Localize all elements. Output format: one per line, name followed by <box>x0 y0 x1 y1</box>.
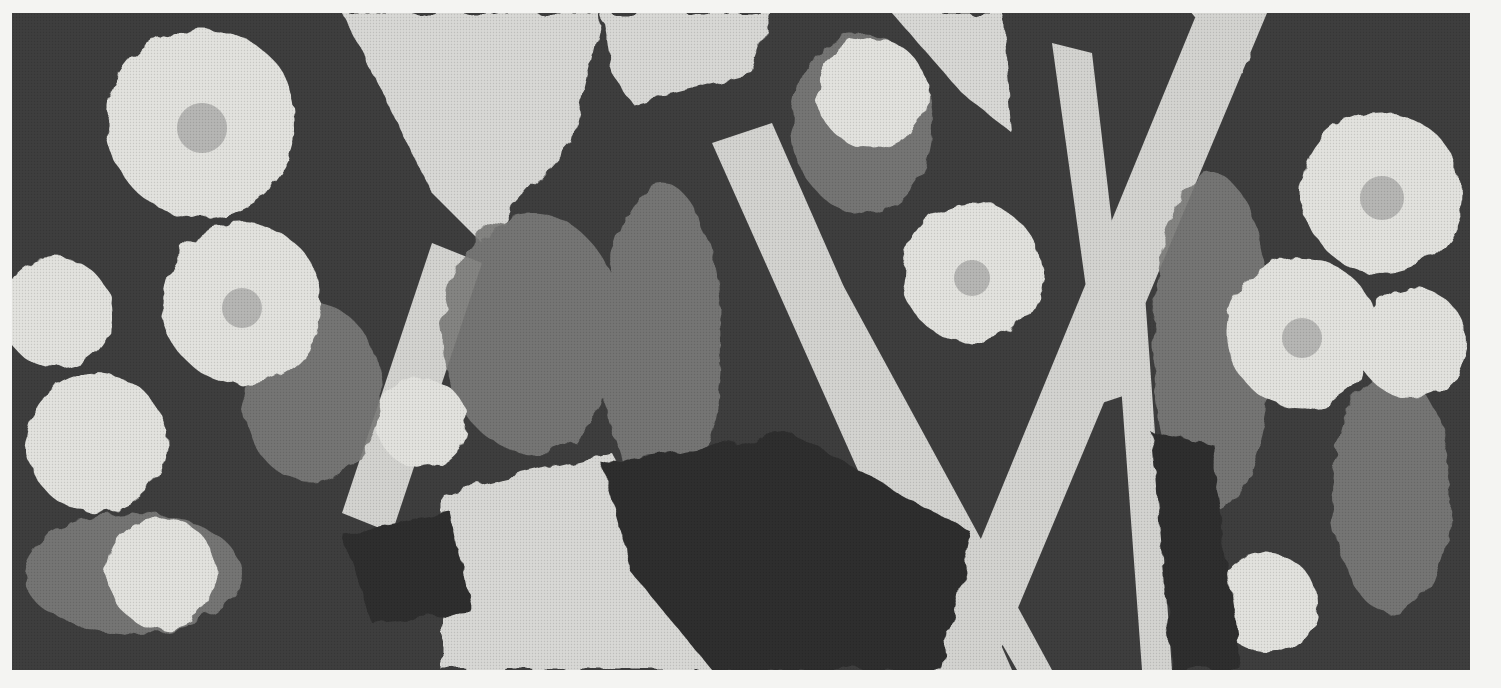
artwork-image <box>12 13 1470 670</box>
halftone-texture <box>12 13 1470 670</box>
artwork-canvas <box>12 13 1470 670</box>
